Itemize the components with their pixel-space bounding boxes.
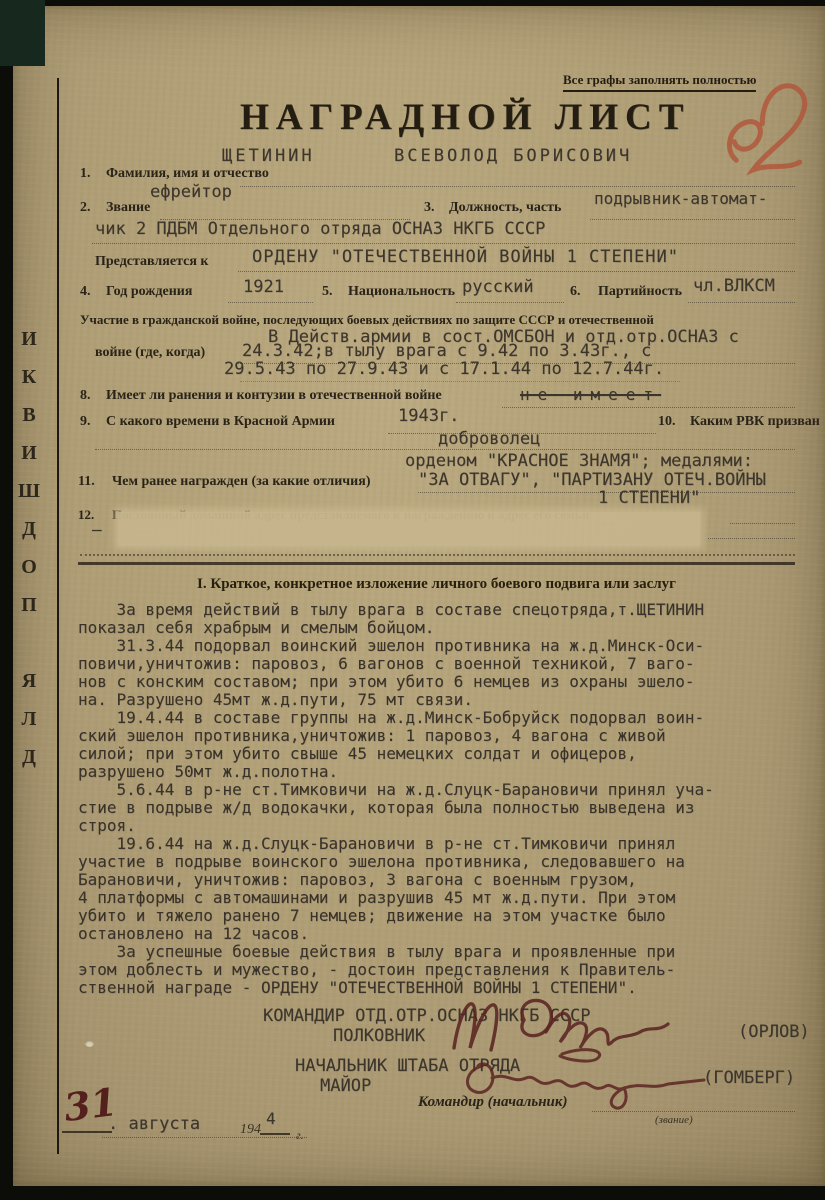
year-digit: 4 [266,1109,276,1128]
body-line: стие в подрыве ж/д водокачки, которая бы… [78,799,803,817]
body-line: 19.6.44 на ж.д.Слуцк-Барановичи в р-не с… [78,835,803,853]
field-11-number: 11. [78,474,95,490]
field-1-label: Фамилия, имя и отчество [106,166,269,182]
body-line: убито и тяжело ранено 7 немцев; движение… [78,907,803,925]
field-1-number: 1. [80,166,91,182]
redacted-address-area [118,512,700,546]
chief-of-staff-rank: МАЙОР [320,1076,371,1096]
scan-edge-bottom [0,1186,825,1200]
form-rank-label: (звание) [655,1114,693,1126]
section-divider-thin [80,553,795,556]
field-2-label: Звание [106,200,150,216]
field-10-value: доброволец [438,429,540,449]
field-6-value: чл.ВЛКСМ [693,276,775,296]
presented-value: ОРДЕНУ "ОТЕЧЕСТВЕННОЙ ВОЙНЫ 1 СТЕПЕНИ" [252,247,679,267]
field-4-label: Год рождения [106,284,192,300]
year-underline [260,1133,290,1135]
body-line: 31.3.44 подорвал воинский эшелон противн… [78,637,803,655]
page-title: НАГРАДНОЙ ЛИСТ [240,96,630,139]
field-12-line-right [708,537,795,539]
body-line: показал себя храбрым и смелым бойцом. [78,619,803,637]
field-10-label: Каким РВК призван [690,414,820,430]
form-commander-line [592,1110,795,1112]
field-5-number: 5. [322,284,333,300]
field-7-value-line2: 24.3.42;в тылу врага с 9.42 по 3.43г., с [242,341,651,361]
body-line: на. Разрушено 45мт ж.д.пути, 75 мт связи… [78,691,803,709]
field-6-label: Партийность [598,284,682,300]
section-divider-thick [78,562,795,565]
field-4-line [228,301,313,303]
field-10-number: 10. [658,414,676,430]
body-line: повичи,уничтожив: паровоз, 6 вагонов с в… [78,655,803,673]
form-commander-label: Командир (начальник) [418,1094,568,1111]
presented-label: Представляется к [95,254,208,270]
field-9-value: 1943г. [398,406,459,426]
field-1-line [240,185,795,187]
field-8-label: Имеет ли ранения и контузии в отечествен… [106,388,442,404]
body-line: 4 платформы с автомашинами и разрушив 45… [78,889,803,907]
field-4-value: 1921 [243,277,284,297]
field-9-number: 9. [80,414,91,430]
body-line: За время действий в тылу врага в составе… [78,601,803,619]
binding-margin-text: ИКВИШДОП ЯЛД [17,328,40,868]
commander-name: (ОРЛОВ) [738,1022,810,1042]
field-2-value: ефрейтор [150,182,232,202]
binding-margin-line [57,78,59,1154]
field-5-label: Национальность [348,284,455,300]
paper-hole [85,1040,94,1047]
scan-corner-dark [0,0,45,66]
date-month: . августа [108,1114,200,1134]
body-line: Барановичи, уничтожив: паровоз, 3 вагона… [78,871,803,889]
field-11-value-line1: "ЗА ОТВАГУ", "ПАРТИЗАНУ ОТЕЧ.ВОЙНЫ [418,470,766,490]
body-line: нов с конским составом; при этом убито 6… [78,673,803,691]
field-4-number: 4. [80,284,91,300]
field-7-label-line1: Участие в гражданской войне, последующих… [80,312,798,328]
date-line [102,1136,307,1138]
commander-rank: ПОЛКОВНИК [333,1026,425,1046]
field-8-number: 8. [80,388,91,404]
presented-line [238,270,795,272]
field-12-line-tail [730,522,795,524]
body-line: ский эшелон противника,уничтожив: 1 паро… [78,727,803,745]
scan-edge-top [0,0,825,6]
field-3-number: 3. [424,200,435,216]
body-line: 5.6.44 в р-не ст.Тимковичи на ж.д.Слуцк-… [78,781,803,799]
field-2-number: 2. [80,200,91,216]
field-11-label: Чем ранее награжден (за какие отличия) [112,474,370,490]
body-line: разрушено 50мт ж.д.полотна. [78,763,803,781]
field-3-value-line1: подрывник-автомат- [594,189,767,208]
chief-of-staff-name: (ГОМБЕРГ) [703,1068,795,1088]
body-line: остановлено на 12 часов. [78,925,803,943]
field-12-value-dash: — [92,520,102,539]
field-3-label: Должность, часть [449,200,561,216]
day-underline [62,1131,112,1133]
field-1-value: ЩЕТИНИН ВСЕВОЛОД БОРИСОВИЧ [222,146,632,166]
field-7-line2 [240,380,680,382]
field-11-value-line2: 1 СТЕПЕНИ" [598,488,700,508]
scan-edge-left [0,0,13,1200]
field-5-value: русский [462,277,534,297]
field-7-value-line3: 29.5.43 по 27.9.43 и с 17.1.44 по 12.7.4… [224,359,664,379]
body-line: участие в подрыве воинского эшелона прот… [78,853,803,871]
body-line: силой; при этом убито свыше 45 немецких … [78,745,803,763]
field-6-line [688,301,795,303]
field-3-line1 [590,218,795,220]
year-prefix: 194 [240,1122,261,1138]
section-1-heading: I. Краткое, конкретное изложение личного… [78,576,795,593]
field-7-label-line2: войне (где, когда) [95,345,205,361]
field-9-label: С какого времени в Красной Армии [106,414,335,430]
field-5-line [456,301,564,303]
feat-description-text: За время действий в тылу врага в составе… [78,601,803,997]
body-line: За успешные боевые действия в тылу врага… [78,943,803,961]
year-suffix: г. [296,1128,304,1143]
field-6-number: 6. [570,284,581,300]
body-line: этом доблесть и мужество, - достоин пред… [78,961,803,979]
body-line: строя. [78,817,803,835]
field-8-value: не имеет [520,385,661,404]
field-8-line [502,406,795,408]
field-3-value-line2: чик 2 ПДБМ Отдельного отряда ОСНАЗ НКГБ … [95,219,545,239]
field-11-value-line0: орденом "КРАСНОЕ ЗНАМЯ"; медалями: [405,451,753,471]
field-3-line2 [92,242,795,244]
field-10-line [95,448,795,450]
body-line: 19.4.44 в составе группы на ж.д.Минск-Бо… [78,709,803,727]
